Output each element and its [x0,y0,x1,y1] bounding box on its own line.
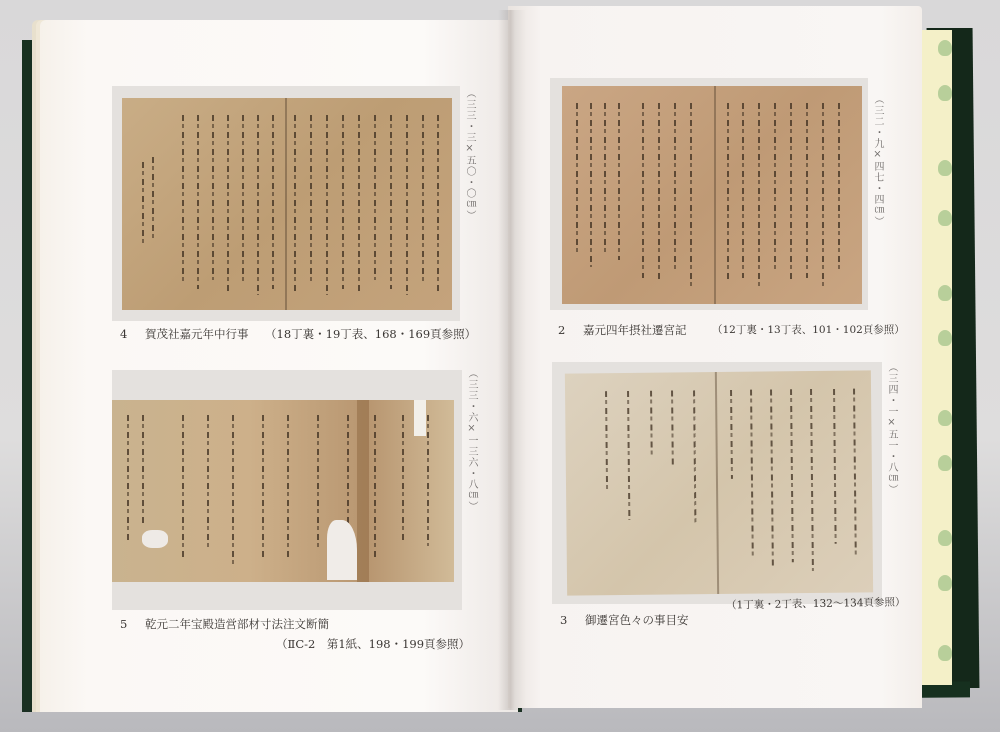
plate-3-document-image [565,370,873,595]
plate-5-number: 5 [120,617,127,631]
book-spine-gutter [498,10,526,710]
plate-5-dimensions: （三三・六×一三六・八㎝） [464,368,479,512]
plate-3-frame [552,362,882,604]
plate-2-frame [550,78,868,310]
plate-4-reference: （18丁裏・19丁表、168・169頁参照） [265,326,476,342]
plate-3-number: 3 [560,613,567,627]
plate-5-reference: （ⅡC-2 第1紙、198・199頁参照） [276,636,470,652]
right-page: （三二・九×四七・四㎝） 2 嘉元四年摂社遷宮記 （12丁裏・13丁表、101・… [508,6,922,708]
endpaper-leaf-pattern [922,30,952,685]
plate-2-caption: 2 嘉元四年摂社遷宮記 [558,322,686,338]
plate-3-title: 御遷宮色々の事目安 [585,613,689,627]
plate-5-title: 乾元二年宝殿造営部材寸法注文断簡 [145,617,329,631]
plate-2-document-image [562,86,862,304]
plate-2-title: 嘉元四年摂社遷宮記 [583,323,687,337]
plate-4-number: 4 [120,327,127,341]
plate-5-document-image [112,400,454,582]
plate-2-number: 2 [558,323,565,337]
plate-4-frame [112,86,460,321]
left-page: （三三・三×五〇・〇㎝） 4 賀茂社嘉元年中行事 （18丁裏・19丁表、168・… [40,20,518,712]
plate-5-frame [112,370,462,610]
plate-4-title: 賀茂社嘉元年中行事 [145,327,249,341]
plate-4-document-image [122,98,452,310]
plate-2-reference: （12丁裏・13丁表、101・102頁参照） [712,322,905,337]
plate-4-dimensions: （三三・三×五〇・〇㎝） [462,88,477,221]
plate-5-caption: 5 乾元二年宝殿造営部材寸法注文断簡 [120,616,329,632]
plate-2-dimensions: （三二・九×四七・四㎝） [870,94,885,227]
plate-4-caption: 4 賀茂社嘉元年中行事 [120,326,248,342]
plate-3-caption: 3 御遷宮色々の事目安 [560,612,688,628]
plate-3-dimensions: （三四・一×五一・八㎝） [884,362,899,495]
plate-3-reference: （1丁裏・2丁表、132～134頁参照） [726,594,906,612]
